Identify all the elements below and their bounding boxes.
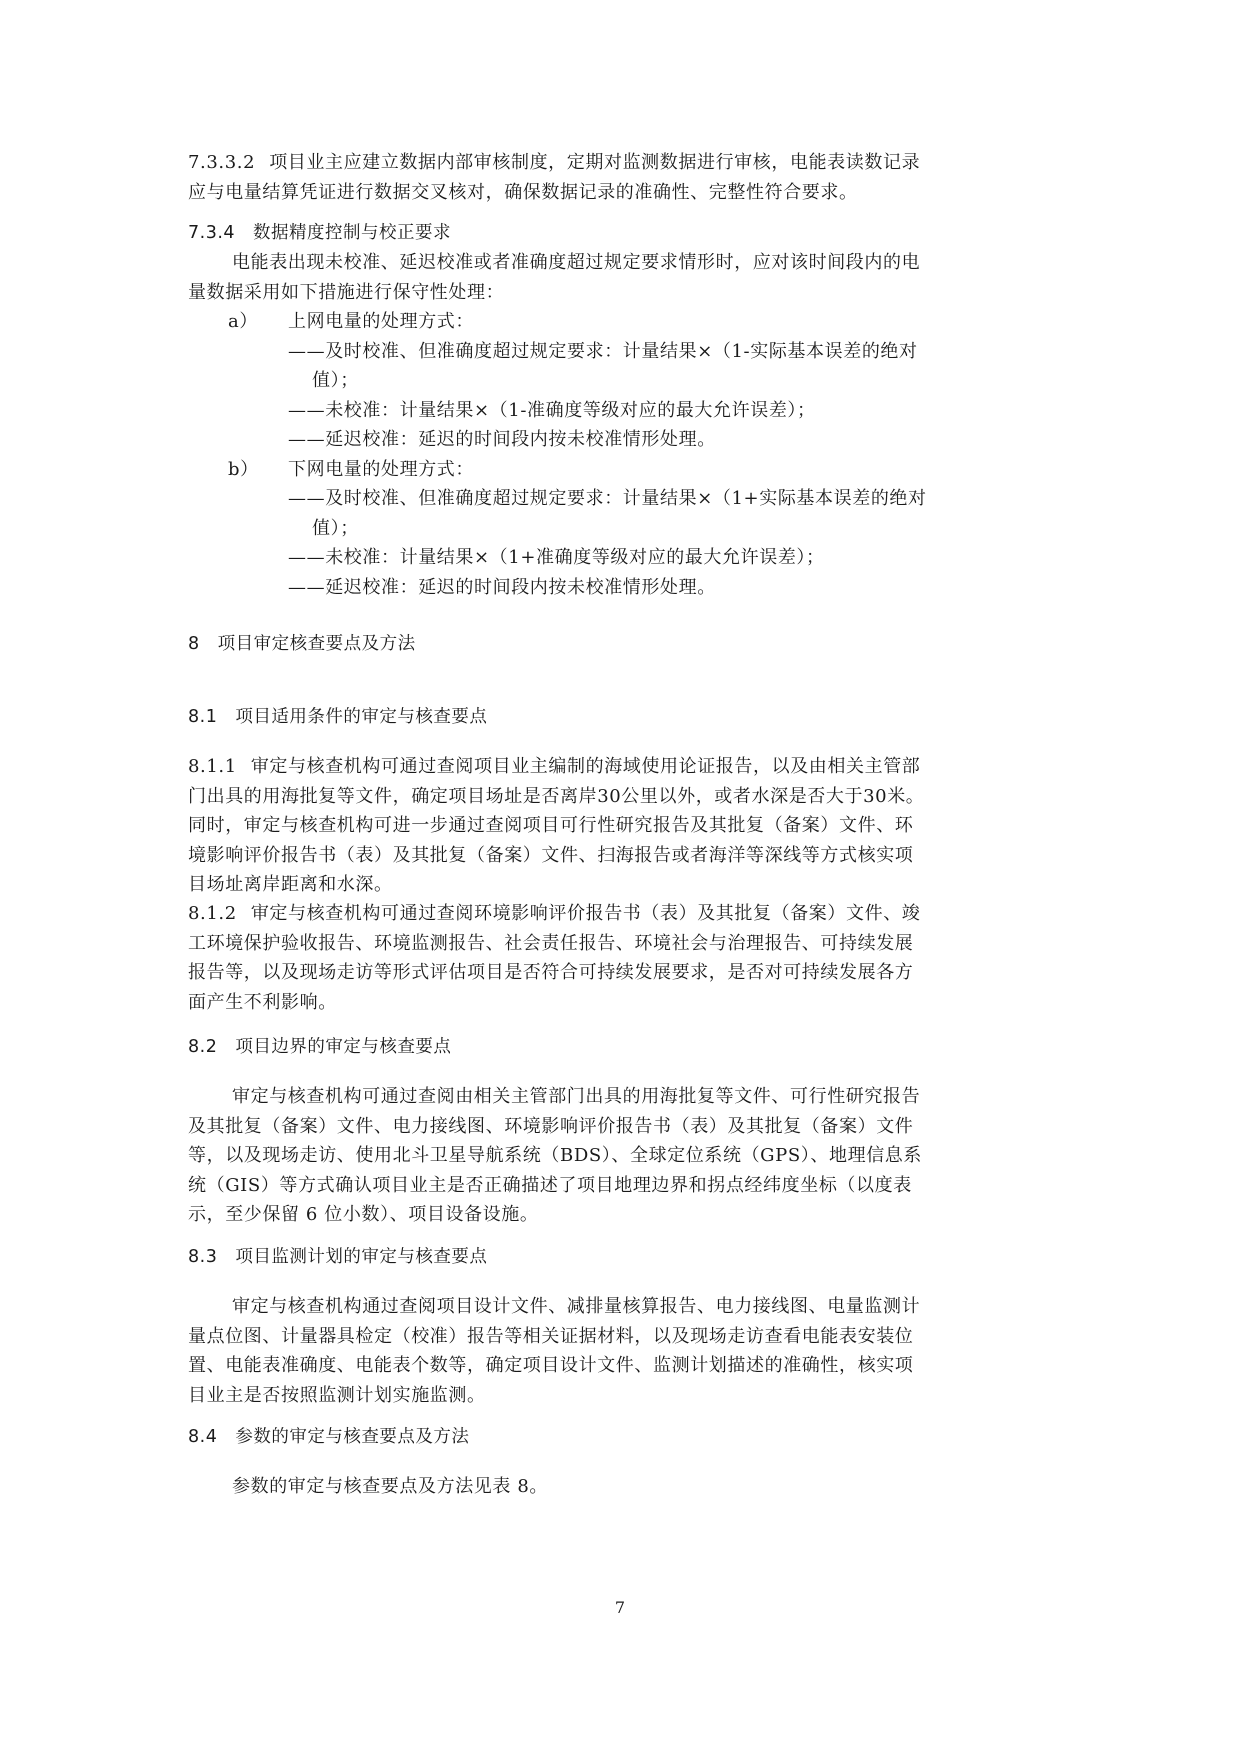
paragraph-line: 量数据采用如下措施进行保守性处理： [188,278,1052,308]
paragraph-line: 等，以及现场走访、使用北斗卫星导航系统（BDS）、全球定位系统（GPS）、地理信… [188,1141,1052,1171]
paragraph-line: 示，至少保留 6 位小数）、项目设备设施。 [188,1200,1052,1230]
heading-title: 项目监测计划的审定与核查要点 [235,1247,487,1267]
paragraph-line: 量点位图、计量器具检定（校准）报告等相关证据材料，以及现场走访查看电能表安装位 [188,1322,1052,1352]
paragraph-line: 同时，审定与核查机构可进一步通过查阅项目可行性研究报告及其批复（备案）文件、环 [188,811,1052,841]
paragraph-line: 境影响评价报告书（表）及其批复（备案）文件、扫海报告或者海洋等深线等方式核实项 [188,841,1052,871]
section-heading-8-3: 8.3项目监测计划的审定与核查要点 [188,1242,1052,1272]
list-label: b） [228,455,288,485]
clause-number: 7.3.3.2 [188,152,255,173]
dash-item: ——及时校准、但准确度超过规定要求：计量结果×（1+实际基本误差的绝对 [188,484,1052,514]
paragraph-line: 电能表出现未校准、延迟校准或者准确度超过规定要求情形时，应对该时间段内的电 [188,248,1052,278]
dash-item: ——延迟校准：延迟的时间段内按未校准情形处理。 [188,573,1052,603]
heading-title: 项目审定核查要点及方法 [218,634,416,654]
paragraph-line: 工环境保护验收报告、环境监测报告、社会责任报告、环境社会与治理报告、可持续发展 [188,929,1052,959]
list-label: a） [228,307,288,337]
section-heading-8-4: 8.4参数的审定与核查要点及方法 [188,1422,1052,1452]
heading-title: 项目适用条件的审定与核查要点 [235,707,487,727]
heading-number: 8.2 [188,1032,217,1062]
paragraph-line: 项目业主应建立数据内部审核制度，定期对监测数据进行审核，电能表读数记录 [269,152,920,173]
chapter-heading-8: 8项目审定核查要点及方法 [188,629,1052,659]
paragraph-line: 目场址离岸距离和水深。 [188,870,1052,900]
dash-item-continuation: 值）； [188,514,1052,544]
clause-7-3-3-2: 7.3.3.2项目业主应建立数据内部审核制度，定期对监测数据进行审核，电能表读数… [188,148,1052,207]
paragraph-line: 报告等，以及现场走访等形式评估项目是否符合可持续发展要求，是否对可持续发展各方 [188,958,1052,988]
heading-number: 8 [188,629,200,659]
document-page: 7.3.3.2项目业主应建立数据内部审核制度，定期对监测数据进行审核，电能表读数… [0,0,1240,1753]
paragraph-line: 目业主是否按照监测计划实施监测。 [188,1381,1052,1411]
paragraph-line: 参数的审定与核查要点及方法见表 8。 [188,1472,1052,1502]
list-title: 下网电量的处理方式： [288,459,474,480]
paragraph-line: 统（GIS）等方式确认项目业主是否正确描述了项目地理边界和拐点经纬度坐标（以度表 [188,1171,1052,1201]
paragraph-8-3: 审定与核查机构通过查阅项目设计文件、减排量核算报告、电力接线图、电量监测计 量点… [188,1292,1052,1410]
paragraph-line: 置、电能表准确度、电能表个数等，确定项目设计文件、监测计划描述的准确性，核实项 [188,1351,1052,1381]
paragraph-line: 审定与核查机构通过查阅项目设计文件、减排量核算报告、电力接线图、电量监测计 [188,1292,1052,1322]
paragraph-8-2: 审定与核查机构可通过查阅由相关主管部门出具的用海批复等文件、可行性研究报告 及其… [188,1082,1052,1230]
section-heading-8-1: 8.1项目适用条件的审定与核查要点 [188,702,1052,732]
dash-item: ——未校准：计量结果×（1+准确度等级对应的最大允许误差）； [188,543,1052,573]
page-number: 7 [0,1598,1240,1617]
paragraph-line: 审定与核查机构可通过查阅环境影响评价报告书（表）及其批复（备案）文件、竣 [251,903,921,924]
heading-number: 8.3 [188,1242,217,1272]
paragraph-line: 审定与核查机构可通过查阅由相关主管部门出具的用海批复等文件、可行性研究报告 [188,1082,1052,1112]
list-title: 上网电量的处理方式： [288,311,474,332]
list-item-b: b）下网电量的处理方式： [188,455,1052,485]
dash-item: ——未校准：计量结果×（1-准确度等级对应的最大允许误差）； [188,396,1052,426]
paragraph-line: 门出具的用海批复等文件，确定项目场址是否离岸30公里以外，或者水深是否大于30米… [188,782,1052,812]
clause-number: 8.1.2 [188,903,237,924]
heading-title: 数据精度控制与校正要求 [253,223,451,243]
heading-number: 7.3.4 [188,218,235,248]
heading-title: 项目边界的审定与核查要点 [235,1037,451,1057]
heading-number: 8.4 [188,1422,217,1452]
paragraph-line: 面产生不利影响。 [188,988,1052,1018]
dash-item: ——及时校准、但准确度超过规定要求：计量结果×（1-实际基本误差的绝对 [188,337,1052,367]
list-item-a: a）上网电量的处理方式： [188,307,1052,337]
paragraph-line: 应与电量结算凭证进行数据交叉核对，确保数据记录的准确性、完整性符合要求。 [188,178,1052,208]
section-heading-8-2: 8.2项目边界的审定与核查要点 [188,1032,1052,1062]
paragraph-line: 审定与核查机构可通过查阅项目业主编制的海域使用论证报告，以及由相关主管部 [251,756,921,777]
clause-7-3-4: 7.3.4数据精度控制与校正要求 电能表出现未校准、延迟校准或者准确度超过规定要… [188,218,1052,602]
clause-8-1-1: 8.1.1审定与核查机构可通过查阅项目业主编制的海域使用论证报告，以及由相关主管… [188,752,1052,900]
paragraph-line: 及其批复（备案）文件、电力接线图、环境影响评价报告书（表）及其批复（备案）文件 [188,1112,1052,1142]
clause-8-1-2: 8.1.2审定与核查机构可通过查阅环境影响评价报告书（表）及其批复（备案）文件、… [188,899,1052,1017]
paragraph-8-4: 参数的审定与核查要点及方法见表 8。 [188,1472,1052,1502]
clause-number: 8.1.1 [188,756,237,777]
heading-title: 参数的审定与核查要点及方法 [235,1427,469,1447]
dash-item-continuation: 值）； [188,366,1052,396]
section-heading: 7.3.4数据精度控制与校正要求 [188,218,1052,248]
heading-number: 8.1 [188,702,217,732]
dash-item: ——延迟校准：延迟的时间段内按未校准情形处理。 [188,425,1052,455]
